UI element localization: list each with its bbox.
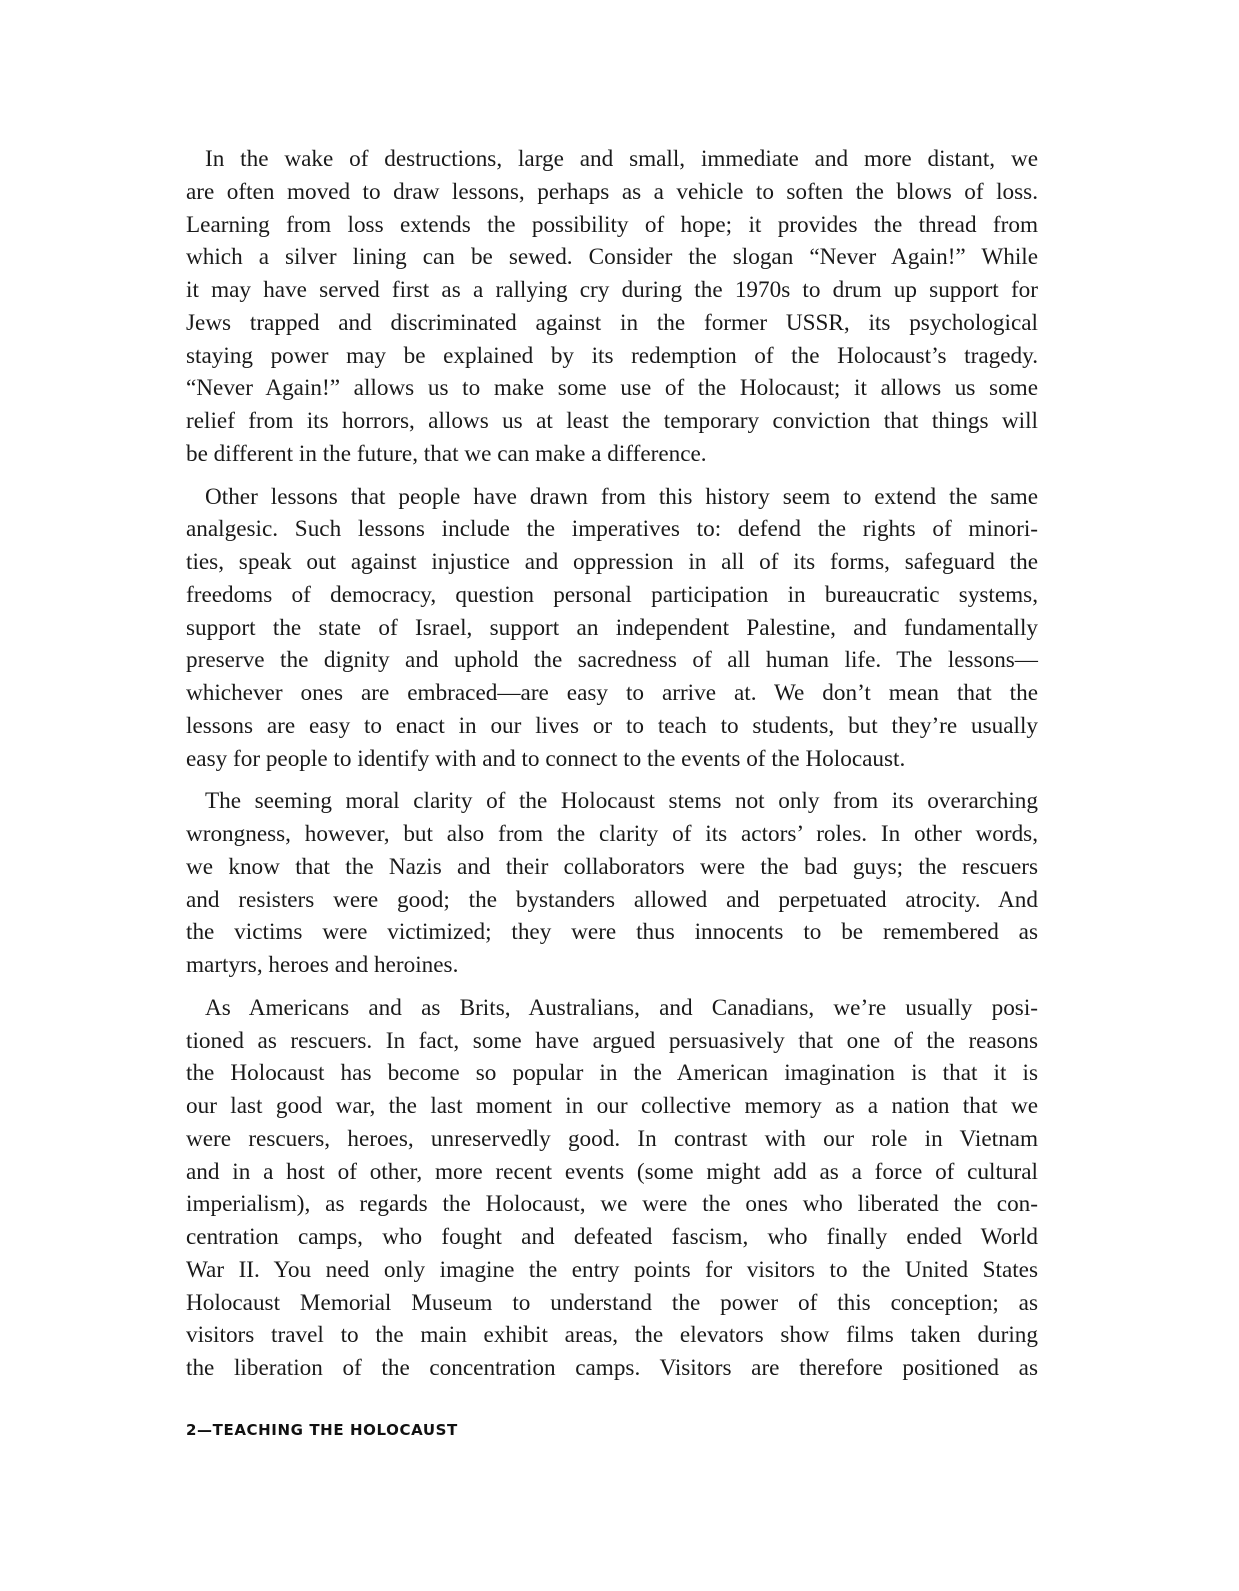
paragraph: In the wake of destructions, large and s…	[186, 143, 1038, 471]
paragraph: As Americans and as Brits, Australians, …	[186, 992, 1038, 1385]
text-line: Other lessons that people have drawn fro…	[186, 481, 1038, 514]
text-line: our last good war, the last moment in ou…	[186, 1090, 1038, 1123]
text-line: the victims were victimized; they were t…	[186, 916, 1038, 949]
text-line: wrongness, however, but also from the cl…	[186, 818, 1038, 851]
text-line: “Never Again!” allows us to make some us…	[186, 372, 1038, 405]
text-line: we know that the Nazis and their collabo…	[186, 851, 1038, 884]
text-line: Holocaust Memorial Museum to understand …	[186, 1287, 1038, 1320]
text-line: are often moved to draw lessons, perhaps…	[186, 176, 1038, 209]
text-line: whichever ones are embraced—are easy to …	[186, 677, 1038, 710]
text-line: the liberation of the concentration camp…	[186, 1352, 1038, 1385]
text-line: support the state of Israel, support an …	[186, 612, 1038, 645]
paragraph: The seeming moral clarity of the Holocau…	[186, 785, 1038, 982]
text-line: martyrs, heroes and heroines.	[186, 949, 1038, 982]
page-body: In the wake of destructions, large and s…	[186, 143, 1038, 1395]
text-line: were rescuers, heroes, unreservedly good…	[186, 1123, 1038, 1156]
text-line: In the wake of destructions, large and s…	[186, 143, 1038, 176]
text-line: The seeming moral clarity of the Holocau…	[186, 785, 1038, 818]
text-line: centration camps, who fought and defeate…	[186, 1221, 1038, 1254]
text-line: be different in the future, that we can …	[186, 438, 1038, 471]
text-line: and resisters were good; the bystanders …	[186, 884, 1038, 917]
text-line: visitors travel to the main exhibit area…	[186, 1319, 1038, 1352]
running-footer: 2—TEACHING THE HOLOCAUST	[186, 1421, 458, 1439]
text-line: Jews trapped and discriminated against i…	[186, 307, 1038, 340]
text-line: Learning from loss extends the possibili…	[186, 209, 1038, 242]
text-line: relief from its horrors, allows us at le…	[186, 405, 1038, 438]
text-line: it may have served first as a rallying c…	[186, 274, 1038, 307]
text-line: imperialism), as regards the Holocaust, …	[186, 1188, 1038, 1221]
text-line: ties, speak out against injustice and op…	[186, 546, 1038, 579]
text-line: preserve the dignity and uphold the sacr…	[186, 644, 1038, 677]
text-line: analgesic. Such lessons include the impe…	[186, 513, 1038, 546]
text-line: lessons are easy to enact in our lives o…	[186, 710, 1038, 743]
text-line: freedoms of democracy, question personal…	[186, 579, 1038, 612]
text-line: As Americans and as Brits, Australians, …	[186, 992, 1038, 1025]
text-line: War II. You need only imagine the entry …	[186, 1254, 1038, 1287]
paragraph: Other lessons that people have drawn fro…	[186, 481, 1038, 776]
text-line: staying power may be explained by its re…	[186, 340, 1038, 373]
text-line: and in a host of other, more recent even…	[186, 1156, 1038, 1189]
text-line: the Holocaust has become so popular in t…	[186, 1057, 1038, 1090]
text-line: tioned as rescuers. In fact, some have a…	[186, 1025, 1038, 1058]
text-line: easy for people to identify with and to …	[186, 743, 1038, 776]
text-line: which a silver lining can be sewed. Cons…	[186, 241, 1038, 274]
